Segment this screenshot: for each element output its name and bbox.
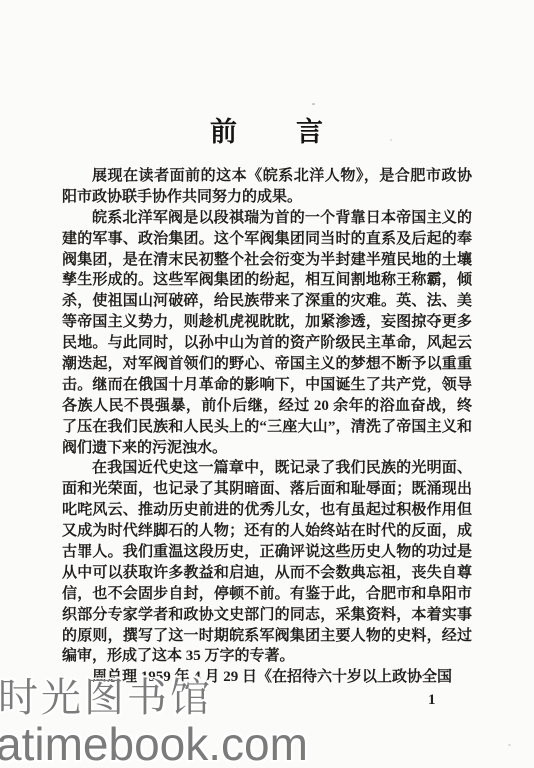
text-line: 在我国近代史这一篇章中，既记录了我们民族的光明面、优秀 <box>62 458 472 479</box>
text-line: 面和光荣面，也记录了其阴暗面、落后面和耻辱面；既涌现出大批 <box>62 479 472 500</box>
text-line: 叱咤风云、推动历史前进的优秀儿女，也有虽起过积极作用但后来 <box>62 500 472 521</box>
page-number: 1 <box>428 692 436 709</box>
text-line: 织部分专家学者和政协文史部门的同志，采集资料，本着实事求是 <box>62 605 472 626</box>
text-line: 展现在读者面前的这本《皖系北洋人物》，是合肥市政协和阜 <box>62 166 472 187</box>
title-char-right: 言 <box>296 110 324 149</box>
text-line: 阳市政协联手协作共同努力的成果。 <box>62 187 472 208</box>
text-line: 古罪人。我们重温这段历史，正确评说这些历史人物的功过是非， <box>62 542 472 563</box>
text-line: 孳生形成的。这些军阀集团的纷起，相互间割地称王称霸，倾轧厮 <box>62 270 472 291</box>
text-line: 从中可以获取许多教益和启迪，从而不会数典忘祖，丧失自尊和自 <box>62 563 472 584</box>
text-line: 阀集团，是在清末民初整个社会衍变为半封建半殖民地的土壤里 <box>62 250 472 271</box>
scan-speckle <box>312 103 315 105</box>
text-line: 阀们遗下来的污泥浊水。 <box>62 438 472 459</box>
text-line: 信，也不会固步自封，停顿不前。有鉴于此，合肥市和阜阳市政协组 <box>62 584 472 605</box>
scan-speckle <box>390 139 392 141</box>
body-text: 展现在读者面前的这本《皖系北洋人物》，是合肥市政协和阜阳市政协联手协作共同努力的… <box>62 166 472 688</box>
scan-speckle <box>508 744 511 746</box>
title-char-left: 前 <box>210 110 238 149</box>
text-line: 击。继而在俄国十月革命的影响下，中国诞生了共产党，领导全国 <box>62 375 472 396</box>
text-line: 民地。与此同时，以孙中山为首的资产阶级民主革命，风起云涌，高 <box>62 333 472 354</box>
watermark-site-url: atimebook.com <box>0 721 308 767</box>
page-title: 前 言 <box>0 110 534 149</box>
text-line: 皖系北洋军阀是以段祺瑞为首的一个背靠日本帝国主义的封 <box>62 208 472 229</box>
text-line: 潮迭起，对军阀首领们的野心、帝国主义的梦想不断予以重重打 <box>62 354 472 375</box>
text-line: 了压在我们民族和人民头上的“三座大山”，清洗了帝国主义和军 <box>62 417 472 438</box>
watermark-library-name: 时光图书馆 <box>0 678 213 718</box>
text-line: 建的军事、政治集团。这个军阀集团同当时的直系及后起的奉系军 <box>62 229 472 250</box>
text-line: 杀，使祖国山河破碎，给民族带来了深重的灾难。英、法、美及日本 <box>62 291 472 312</box>
scanned-book-page: 前 言 展现在读者面前的这本《皖系北洋人物》，是合肥市政协和阜阳市政协联手协作共… <box>0 0 534 768</box>
text-line: 各族人民不畏强暴，前仆后继，经过 20 余年的浴血奋战，终于推翻 <box>62 396 472 417</box>
text-line: 编审，形成了这本 35 万字的专著。 <box>62 646 472 667</box>
text-line: 又成为时代绊脚石的人物；还有的人始终站在时代的反面，成为千 <box>62 521 472 542</box>
text-line: 等帝国主义势力，则趁机虎视眈眈，加紧渗透，妄图掠夺更多的殖 <box>62 312 472 333</box>
text-line: 的原则，撰写了这一时期皖系军阀集团主要人物的史料，经过精心 <box>62 626 472 647</box>
